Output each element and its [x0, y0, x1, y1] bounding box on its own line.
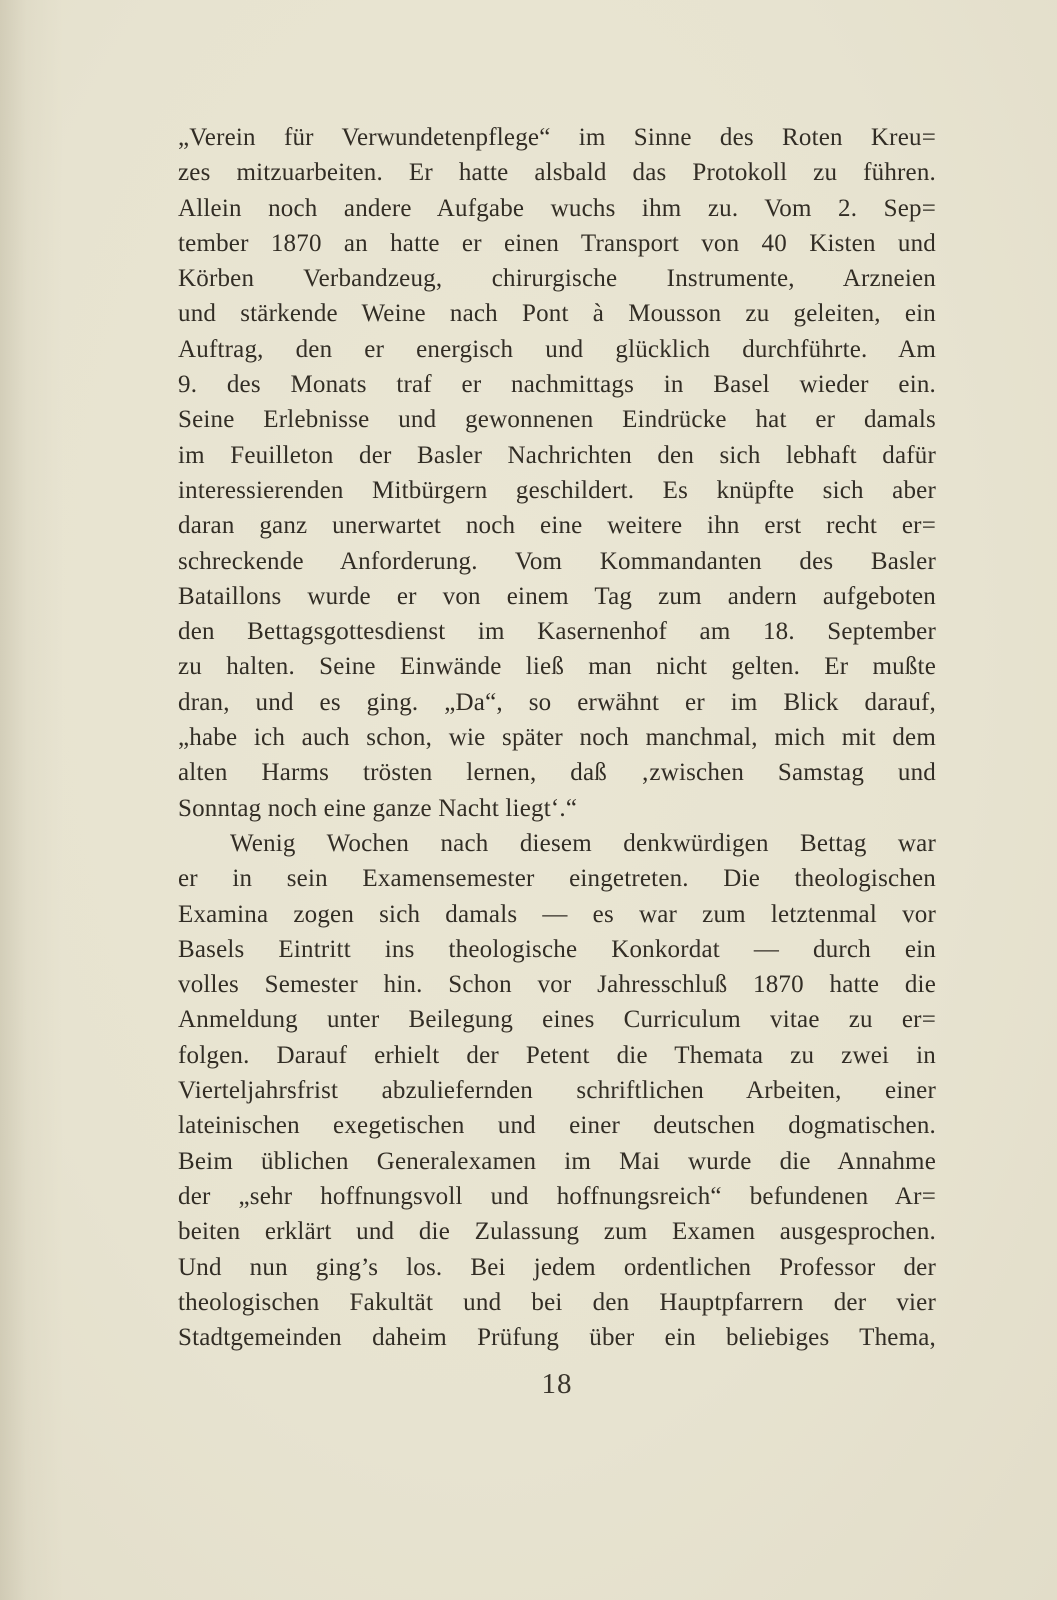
text-line: der „sehr hoffnungsvoll und hoffnungsrei… — [178, 1179, 936, 1214]
text-line: volles Semester hin. Schon vor Jahressch… — [178, 967, 936, 1002]
text-line: „habe ich auch schon, wie später noch ma… — [178, 720, 936, 755]
text-line: und stärkende Weine nach Pont à Mousson … — [178, 296, 936, 331]
text-line: „Verein für Verwundetenpflege“ im Sinne … — [178, 120, 936, 155]
text-line: tember 1870 an hatte er einen Transport … — [178, 226, 936, 261]
text-line: Bataillons wurde er von einem Tag zum an… — [178, 579, 936, 614]
text-line: alten Harms trösten lernen, daß ‚zwische… — [178, 755, 936, 790]
text-line: folgen. Darauf erhielt der Petent die Th… — [178, 1038, 936, 1073]
text-line: schreckende Anforderung. Vom Kommandante… — [178, 544, 936, 579]
page-number: 18 — [178, 1368, 936, 1401]
book-page-scan: „Verein für Verwundetenpflege“ im Sinne … — [0, 0, 1057, 1600]
text-line: theologischen Fakultät und bei den Haupt… — [178, 1285, 936, 1320]
text-line: im Feuilleton der Basler Nachrichten den… — [178, 438, 936, 473]
text-line-paragraph-end: Sonntag noch eine ganze Nacht liegt‘.“ — [178, 791, 936, 826]
text-line: Körben Verbandzeug, chirurgische Instrum… — [178, 261, 936, 296]
text-line: Seine Erlebnisse und gewonnenen Eindrück… — [178, 402, 936, 437]
text-line: interessierenden Mitbürgern geschildert.… — [178, 473, 936, 508]
text-line: zes mitzuarbeiten. Er hatte alsbald das … — [178, 155, 936, 190]
text-line: Allein noch andere Aufgabe wuchs ihm zu.… — [178, 191, 936, 226]
text-line: Beim üblichen Generalexamen im Mai wurde… — [178, 1144, 936, 1179]
text-line: Basels Eintritt ins theologische Konkord… — [178, 932, 936, 967]
text-line: beiten erklärt und die Zulassung zum Exa… — [178, 1214, 936, 1249]
text-line-paragraph-start: Wenig Wochen nach diesem denkwürdigen Be… — [178, 826, 936, 861]
text-block: „Verein für Verwundetenpflege“ im Sinne … — [178, 120, 936, 1355]
text-line: dran, und es ging. „Da“, so erwähnt er i… — [178, 685, 936, 720]
text-line: Anmeldung unter Beilegung eines Curricul… — [178, 1002, 936, 1037]
text-line: daran ganz unerwartet noch eine weitere … — [178, 508, 936, 543]
text-line: Und nun ging’s los. Bei jedem ordentlich… — [178, 1250, 936, 1285]
text-line: lateinischen exegetischen und einer deut… — [178, 1108, 936, 1143]
text-line: er in sein Examensemester eingetreten. D… — [178, 861, 936, 896]
text-line: Stadtgemeinden daheim Prüfung über ein b… — [178, 1320, 936, 1355]
text-line: den Bettagsgottesdienst im Kasernenhof a… — [178, 614, 936, 649]
text-line: Examina zogen sich damals — es war zum l… — [178, 897, 936, 932]
text-line: Auftrag, den er energisch und glücklich … — [178, 332, 936, 367]
text-line: zu halten. Seine Einwände ließ man nicht… — [178, 649, 936, 684]
text-line: Vierteljahrsfrist abzuliefernden schrift… — [178, 1073, 936, 1108]
text-line: 9. des Monats traf er nachmittags in Bas… — [178, 367, 936, 402]
